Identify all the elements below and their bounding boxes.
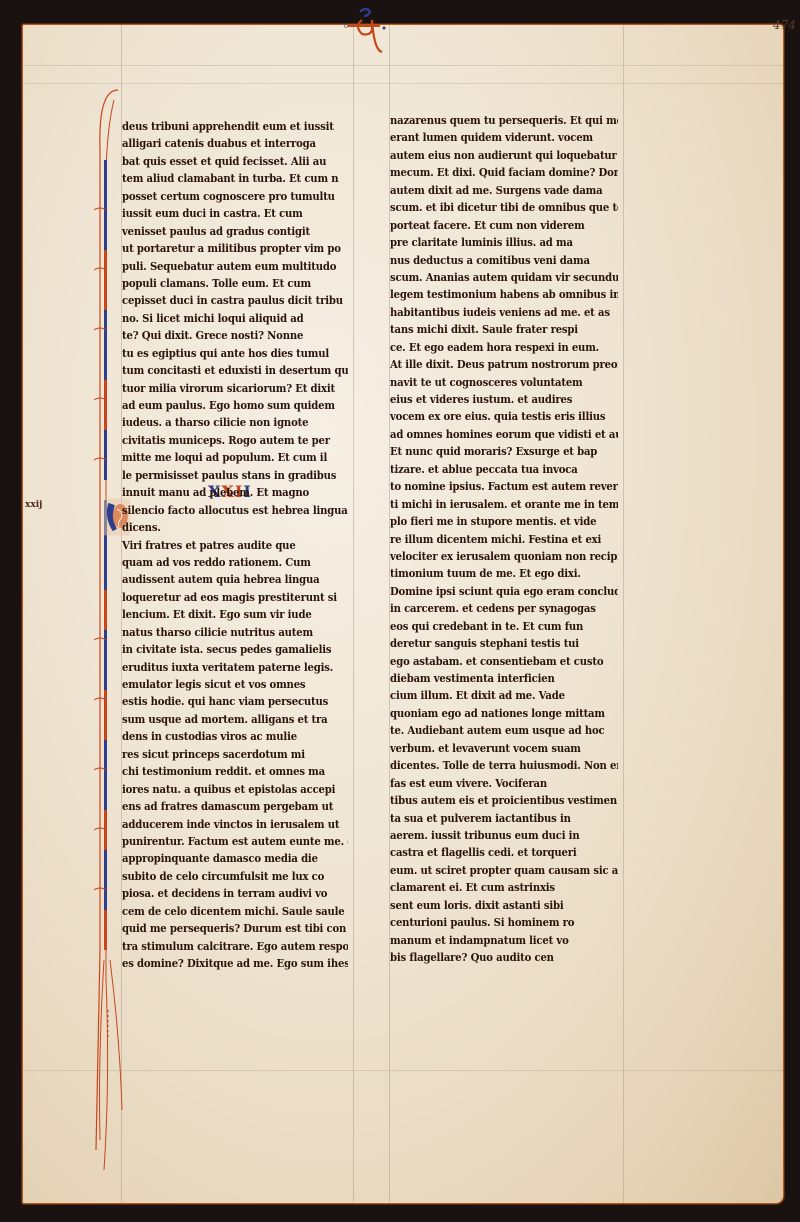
text-line: bis flagellare? Quo audito cen bbox=[390, 949, 595, 966]
text-line: ta sua et pulverem iactantibus in bbox=[390, 810, 595, 827]
text-column-left: deus tribuni apprehendit eum et iussit a… bbox=[122, 118, 348, 972]
text-line: eruditus iuxta veritatem paterne legis. bbox=[122, 659, 325, 676]
text-line: tem aliud clamabant in turba. Et cum n bbox=[122, 170, 325, 187]
text-line: cium illum. Et dixit ad me. Vade bbox=[390, 687, 595, 704]
text-line: pre claritate luminis illius. ad ma bbox=[390, 234, 595, 251]
text-line: re illum dicentem michi. Festina et exi bbox=[390, 531, 595, 548]
margin-chapter-note: xxij bbox=[25, 500, 42, 510]
text-line: tans michi dixit. Saule frater respi bbox=[390, 321, 595, 338]
ruling-top bbox=[23, 65, 783, 66]
text-line: castra et flagellis cedi. et torqueri bbox=[390, 844, 595, 861]
text-line: legem testimonium habens ab omnibus in bbox=[390, 286, 595, 303]
text-column-right: nazarenus quem tu persequeris. Et qui me… bbox=[390, 112, 618, 966]
text-line: in carcerem. et cedens per synagogas bbox=[390, 600, 595, 617]
folio-number: 474 bbox=[773, 18, 796, 32]
ruling-left-inner bbox=[353, 25, 354, 1203]
text-line: velociter ex ierusalem quoniam non recip… bbox=[390, 548, 595, 565]
text-line: piosa. et decidens in terram audivi vo bbox=[122, 885, 325, 902]
text-line: ad eum paulus. Ego homo sum quidem bbox=[122, 397, 325, 414]
text-line: tibus autem eis et proicientibus vestime… bbox=[390, 792, 595, 809]
text-line: es domine? Dixitque ad me. Ego sum ihesu… bbox=[122, 955, 325, 972]
text-line: mitte me loqui ad populum. Et cum il bbox=[122, 449, 325, 466]
text-line: le permisisset paulus stans in gradibus bbox=[122, 467, 325, 484]
text-line: puli. Sequebatur autem eum multitudo bbox=[122, 258, 325, 275]
text-line: venisset paulus ad gradus contigit bbox=[122, 223, 325, 240]
text-line: eius et videres iustum. et audires bbox=[390, 391, 595, 408]
text-line: estis hodie. qui hanc viam persecutus bbox=[122, 693, 325, 710]
text-line: nus deductus a comitibus veni dama bbox=[390, 252, 595, 269]
text-line: aerem. iussit tribunus eum duci in bbox=[390, 827, 595, 844]
text-line: chi testimonium reddit. et omnes ma bbox=[122, 763, 325, 780]
text-line: ego astabam. et consentiebam et custo bbox=[390, 653, 595, 670]
text-line: punirentur. Factum est autem eunte me. e… bbox=[122, 833, 325, 850]
text-line: deus tribuni apprehendit eum et iussit bbox=[122, 118, 325, 135]
text-line: lencium. Et dixit. Ego sum vir iude bbox=[122, 606, 325, 623]
text-line: tum concitasti et eduxisti in desertum q… bbox=[122, 362, 325, 379]
text-line: alligari catenis duabus et interroga bbox=[122, 135, 325, 152]
text-line: ad omnes homines eorum que vidisti et au… bbox=[390, 426, 595, 443]
text-line: quoniam ego ad nationes longe mittam bbox=[390, 705, 595, 722]
text-line: timonium tuum de me. Et ego dixi. bbox=[390, 565, 595, 582]
text-line: eos qui credebant in te. Et cum fun bbox=[390, 618, 595, 635]
text-line: Et nunc quid moraris? Exsurge et bap bbox=[390, 443, 595, 460]
text-line: tuor milia virorum sicariorum? Et dixit bbox=[122, 380, 325, 397]
text-line: clamarent ei. Et cum astrinxis bbox=[390, 879, 595, 896]
text-line: plo fieri me in stupore mentis. et vide bbox=[390, 513, 595, 530]
text-line: diebam vestimenta interficien bbox=[390, 670, 595, 687]
text-line: erant lumen quidem viderunt. vocem bbox=[390, 129, 595, 146]
text-line: posset certum cognoscere pro tumultu bbox=[122, 188, 325, 205]
text-line: iores natu. a quibus et epistolas accepi bbox=[122, 781, 325, 798]
text-line: fas est eum vivere. Vociferan bbox=[390, 775, 595, 792]
text-line: tra stimulum calcitrare. Ego autem respo… bbox=[122, 938, 325, 955]
text-line: tu es egiptius qui ante hos dies tumul bbox=[122, 345, 325, 362]
text-line: At ille dixit. Deus patrum nostrorum pre… bbox=[390, 356, 595, 373]
text-line: verbum. et levaverunt vocem suam bbox=[390, 740, 595, 757]
text-line: mecum. Et dixi. Quid faciam domine? Domi… bbox=[390, 164, 595, 181]
text-line: in civitate ista. secus pedes gamalielis bbox=[122, 641, 325, 658]
text-line: scum. et ibi dicetur tibi de omnibus que… bbox=[390, 199, 595, 216]
ruling-bottom bbox=[23, 1070, 783, 1071]
text-line: cem de celo dicentem michi. Saule saule bbox=[122, 903, 325, 920]
text-line: autem eius non audierunt qui loquebatur bbox=[390, 147, 595, 164]
text-line: silencio facto allocutus est hebrea ling… bbox=[122, 502, 325, 519]
text-line: iussit eum duci in castra. Et cum bbox=[122, 205, 325, 222]
text-line: porteat facere. Et cum non viderem bbox=[390, 217, 595, 234]
text-line: deretur sanguis stephani testis tui bbox=[390, 635, 595, 652]
text-line: eum. ut sciret propter quam causam sic a… bbox=[390, 862, 595, 879]
text-line: te? Qui dixit. Grece nosti? Nonne bbox=[122, 327, 325, 344]
running-head-letter bbox=[340, 2, 390, 62]
text-line: adducerem inde vinctos in ierusalem ut bbox=[122, 816, 325, 833]
text-line: ut portaretur a militibus propter vim po bbox=[122, 240, 325, 257]
text-line: scum. Ananias autem quidam vir secundum bbox=[390, 269, 595, 286]
text-line: cepisset duci in castra paulus dicit tri… bbox=[122, 292, 325, 309]
text-line: habitantibus iudeis veniens ad me. et as bbox=[390, 304, 595, 321]
text-line: dens in custodias viros ac mulie bbox=[122, 728, 325, 745]
text-line: navit te ut cognosceres voluntatem bbox=[390, 374, 595, 391]
text-line: sum usque ad mortem. alligans et tra bbox=[122, 711, 325, 728]
text-line: autem dixit ad me. Surgens vade dama bbox=[390, 182, 595, 199]
text-line: no. Si licet michi loqui aliquid ad bbox=[122, 310, 325, 327]
ruling-right-inner bbox=[623, 25, 624, 1203]
text-line: populi clamans. Tolle eum. Et cum bbox=[122, 275, 325, 292]
text-line: manum et indampnatum licet vo bbox=[390, 932, 595, 949]
text-line: audissent autem quia hebrea lingua bbox=[122, 571, 325, 588]
text-line: res sicut princeps sacerdotum mi bbox=[122, 746, 325, 763]
text-line: ce. Et ego eadem hora respexi in eum. bbox=[390, 339, 595, 356]
text-line: subito de celo circumfulsit me lux co bbox=[122, 868, 325, 885]
text-line: bat quis esset et quid fecisset. Alii au bbox=[122, 153, 325, 170]
text-line: centurioni paulus. Si hominem ro bbox=[390, 914, 595, 931]
text-line: dicens. bbox=[122, 519, 325, 536]
text-line: vocem ex ore eius. quia testis eris illi… bbox=[390, 408, 595, 425]
text-line: nazarenus quem tu persequeris. Et qui me… bbox=[390, 112, 595, 129]
text-line: quid me persequeris? Durum est tibi con bbox=[122, 920, 325, 937]
text-line: sent eum loris. dixit astanti sibi bbox=[390, 897, 595, 914]
text-line: loqueretur ad eos magis prestiterunt si bbox=[122, 589, 325, 606]
text-line: te. Audiebant autem eum usque ad hoc bbox=[390, 722, 595, 739]
text-line: innuit manu ad plebem. Et magno bbox=[122, 484, 325, 501]
text-line: dicentes. Tolle de terra huiusmodi. Non … bbox=[390, 757, 595, 774]
text-line: natus tharso cilicie nutritus autem bbox=[122, 624, 325, 641]
text-line: to nomine ipsius. Factum est autem rever… bbox=[390, 478, 595, 495]
text-line: iudeus. a tharso cilicie non ignote bbox=[122, 414, 325, 431]
text-line: civitatis municeps. Rogo autem te per bbox=[122, 432, 325, 449]
text-line: Domine ipsi sciunt quia ego eram conclud… bbox=[390, 583, 595, 600]
text-line: Viri fratres et patres audite que bbox=[122, 537, 325, 554]
text-line: ti michi in ierusalem. et orante me in t… bbox=[390, 496, 595, 513]
text-line: ens ad fratres damascum pergebam ut bbox=[122, 798, 325, 815]
text-line: tizare. et ablue peccata tua invoca bbox=[390, 461, 595, 478]
text-line: quam ad vos reddo rationem. Cum bbox=[122, 554, 325, 571]
text-line: appropinquante damasco media die bbox=[122, 850, 325, 867]
text-line: emulator legis sicut et vos omnes bbox=[122, 676, 325, 693]
ruling-top2 bbox=[23, 83, 783, 84]
